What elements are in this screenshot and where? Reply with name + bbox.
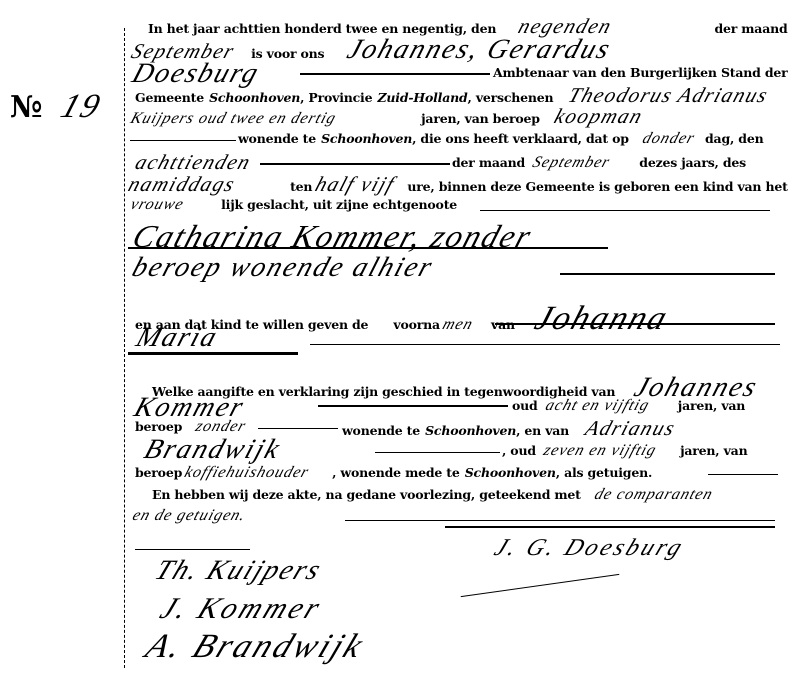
line-16-printed: wonende te Schoonhoven, en van Adrianus — [342, 416, 671, 441]
signature-declarant: Th. Kuijpers — [150, 555, 327, 587]
line-5: Kuijpers oud twee en dertig jaren, van b… — [128, 104, 638, 129]
fill-line — [318, 405, 508, 407]
margin-rule — [124, 28, 125, 668]
line-10: Catharina Kommer, zonder — [128, 218, 525, 255]
fill-line — [708, 474, 778, 475]
fill-line — [480, 210, 770, 211]
signature-line — [135, 549, 250, 550]
signature-witness-2: A. Brandwijk — [140, 628, 371, 666]
fill-line — [300, 73, 490, 75]
fill-line — [260, 163, 450, 165]
line-7-printed: der maand September dezes jaars, des — [452, 152, 746, 172]
fill-line — [495, 323, 775, 325]
line-3-printed: Ambtenaar van den Burgerlijken Stand der — [493, 62, 788, 81]
separator-line — [445, 526, 775, 528]
line-13: Maria — [132, 322, 212, 354]
record-number-label: № — [10, 90, 42, 125]
separator-line — [128, 352, 298, 355]
record-number: № 19 — [10, 88, 94, 126]
fill-line — [560, 273, 775, 275]
fill-line — [345, 520, 775, 521]
fill-line — [128, 247, 608, 249]
line-18: beroepkoffiehuishouder, wonende mede te … — [135, 462, 652, 482]
line-20: en de getuigen. — [130, 505, 242, 525]
signature-flourish — [461, 574, 620, 597]
line-11: beroep wonende alhier — [128, 252, 427, 284]
fill-line — [258, 428, 338, 429]
record-number-value: 19 — [56, 88, 106, 126]
fill-line — [375, 452, 500, 453]
line-16: beroep zonder — [135, 416, 263, 436]
line-6: wonende te Schoonhoven, die ons heeft ve… — [238, 128, 763, 148]
line-19: En hebben wij deze akte, na gedane voorl… — [152, 484, 709, 504]
signature-official: J. G. Doesburg — [490, 535, 689, 562]
fill-line — [310, 344, 780, 345]
signature-witness-1: J. Kommer — [155, 592, 327, 626]
line-17-printed: , oud zeven en vijftig jaren, van — [502, 440, 747, 460]
fill-line — [130, 140, 236, 141]
line-15-printed: oud acht en vijftig jaren, van — [512, 395, 745, 415]
line-9: vrouwe lijk geslacht, uit zijne echtgeno… — [128, 194, 457, 214]
